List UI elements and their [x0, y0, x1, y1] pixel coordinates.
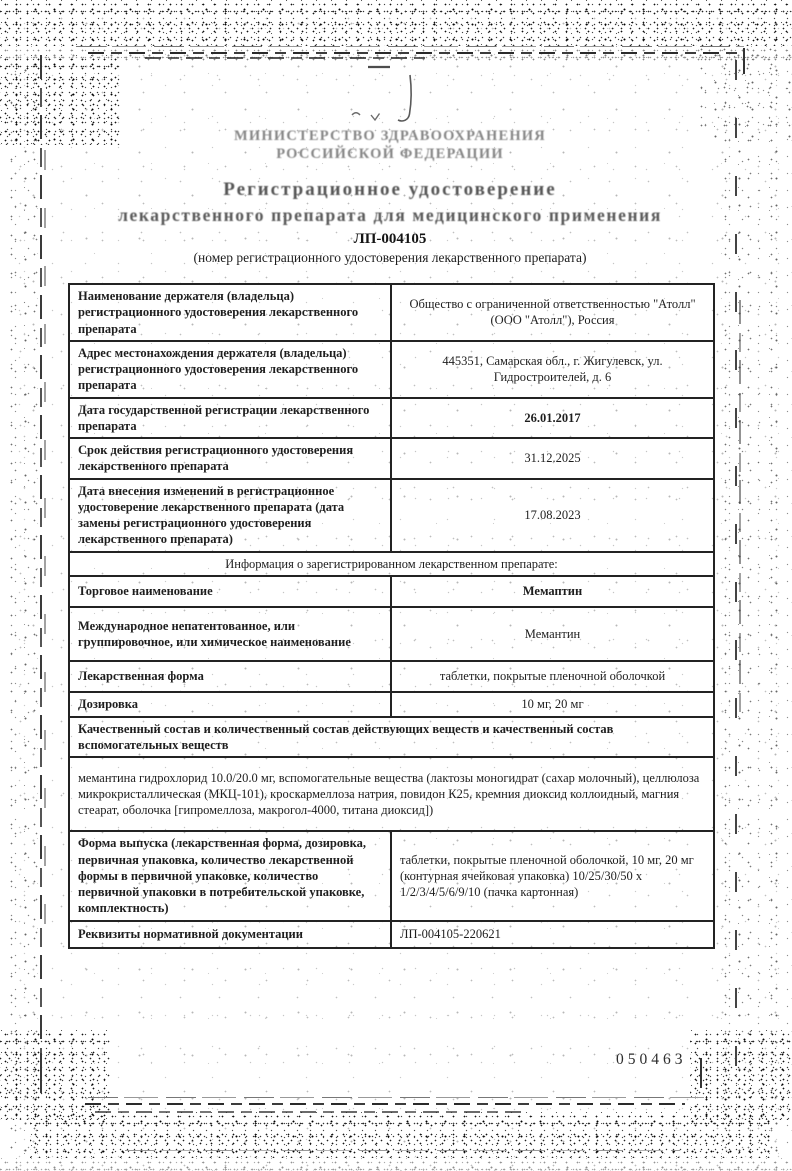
field-label: Дата государственной регистрации лекарст…: [69, 398, 391, 439]
field-label: Форма выпуска (лекарственная форма, дози…: [69, 831, 391, 920]
section-row: Информация о зарегистрированном лекарств…: [69, 552, 714, 576]
field-label: Срок действия регистрационного удостовер…: [69, 438, 391, 479]
table-row: Дата внесения изменений в регистрационно…: [69, 479, 714, 552]
scan-noise-top: [0, 0, 792, 46]
field-label: Адрес местонахождения держателя (владель…: [69, 341, 391, 398]
ministry-name-line1: МИНИСТЕРСТВО ЗДРАВООХРАНЕНИЯ: [60, 128, 720, 145]
field-label: Наименование держателя (владельца) регис…: [69, 284, 391, 341]
registration-number: ЛП-004105: [60, 231, 720, 248]
table-row: Реквизиты нормативной документации ЛП-00…: [69, 921, 714, 948]
scan-edge-line: [88, 52, 744, 54]
scan-edge-line: [44, 150, 46, 950]
registration-number-caption: (номер регистрационного удостоверения ле…: [60, 250, 720, 266]
section-heading: Качественный состав и количественный сос…: [69, 717, 714, 758]
field-value: 26.01.2017: [391, 398, 714, 439]
field-value: 10 мг, 20 мг: [391, 692, 714, 717]
table-row: Адрес местонахождения держателя (владель…: [69, 341, 714, 398]
table-row: Международное непатентованное, или групп…: [69, 607, 714, 661]
scan-corner-mark: [743, 48, 745, 74]
scan-edge-line: [88, 1097, 710, 1098]
scan-noise-left: [0, 55, 38, 1155]
field-label: Торговое наименование: [69, 576, 391, 607]
scan-edge-line: [76, 46, 744, 47]
scan-edge-line: [85, 1103, 685, 1105]
table-row: Дозировка 10 мг, 20 мг: [69, 692, 714, 717]
scan-edge-line: [739, 300, 741, 720]
section-title: Информация о зарегистрированном лекарств…: [69, 552, 714, 576]
scan-noise-bottom-fade: [0, 1158, 792, 1171]
scan-noise-corner-br: [690, 1030, 792, 1120]
table-row: Срок действия регистрационного удостовер…: [69, 438, 714, 479]
scan-edge-line: [95, 1111, 525, 1113]
field-label: Лекарственная форма: [69, 661, 391, 692]
scan-edge-line: [735, 60, 737, 1090]
scan-noise-right: [714, 55, 792, 1155]
scan-noise-corner-bl: [0, 1030, 110, 1120]
registration-details-table: Наименование держателя (владельца) регис…: [68, 283, 715, 949]
table-row: Дата государственной регистрации лекарст…: [69, 398, 714, 439]
field-label: Дозировка: [69, 692, 391, 717]
scan-corner-mark: [700, 1058, 702, 1088]
field-value: 17.08.2023: [391, 479, 714, 552]
section-row: мемантина гидрохлорид 10.0/20.0 мг, вспо…: [69, 757, 714, 831]
scan-edge-line: [125, 1150, 680, 1151]
scan-noise-bottom: [30, 1112, 770, 1158]
field-value: ЛП-004105-220621: [391, 921, 714, 948]
field-label: Реквизиты нормативной документации: [69, 921, 391, 948]
document-title-line1: Регистрационное удостоверение: [60, 179, 720, 201]
field-value: 31.12.2025: [391, 438, 714, 479]
field-value: Общество с ограниченной ответственностью…: [391, 284, 714, 341]
table-row: Торговое наименование Мемаптин: [69, 576, 714, 607]
stamp-number: 050463: [616, 1051, 687, 1069]
field-value: 445351, Самарская обл., г. Жигулевск, ул…: [391, 341, 714, 398]
field-label: Дата внесения изменений в регистрационно…: [69, 479, 391, 552]
field-label: Международное непатентованное, или групп…: [69, 607, 391, 661]
emblem-trace-icon: [340, 58, 430, 126]
ministry-name-line2: РОССИЙСКОЙ ФЕДЕРАЦИИ: [60, 146, 720, 163]
table-row: Лекарственная форма таблетки, покрытые п…: [69, 661, 714, 692]
field-value: таблетки, покрытые пленочной оболочкой, …: [391, 831, 714, 920]
scan-corner-mark: [40, 1053, 42, 1077]
table-row: Наименование держателя (владельца) регис…: [69, 284, 714, 341]
field-value: Мемаптин: [391, 576, 714, 607]
composition-text: мемантина гидрохлорид 10.0/20.0 мг, вспо…: [69, 757, 714, 831]
document-title-line2: лекарственного препарата для медицинског…: [60, 205, 720, 226]
field-value: Мемантин: [391, 607, 714, 661]
section-row: Качественный состав и количественный сос…: [69, 717, 714, 758]
table-row: Форма выпуска (лекарственная форма, дози…: [69, 831, 714, 920]
field-value: таблетки, покрытые пленочной оболочкой: [391, 661, 714, 692]
scan-edge-line: [40, 55, 42, 1093]
scanned-document-page: МИНИСТЕРСТВО ЗДРАВООХРАНЕНИЯ РОССИЙСКОЙ …: [0, 0, 792, 1171]
scan-noise-corner-tr: [690, 40, 792, 140]
